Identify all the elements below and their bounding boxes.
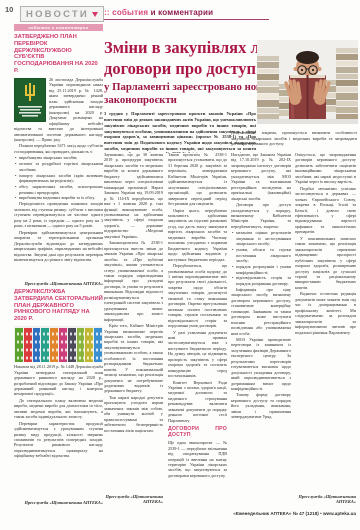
text-segment-pfirst: Нагадаємо, що Законом України від 17.10.… xyxy=(231,152,291,201)
text-segment-p: Типову форму договору керованого доступу… xyxy=(231,392,291,419)
text-segment-pfirst: Очікується, що запровадження договорів к… xyxy=(295,152,356,185)
text-segment-p: Тож наразі народні депутати пропонують у… xyxy=(104,395,163,433)
sidebar-article-inspections: ЗАТВЕРДЖЕНО ПЛАН ПЕРЕВІРОК ДЕРЖЛІКСЛУЖБО… xyxy=(14,33,103,286)
text-segment-p: Законопроєктом № 2538-1 пропонується вне… xyxy=(104,240,163,322)
text-segment-bullet: відповідальність сторін та порядок розір… xyxy=(231,275,291,286)
text-segment-bullet: механізм оцінки результатів лікування із… xyxy=(231,230,291,246)
text-segment-subhead: ДОГОВОРИ ПРО ДОСТУП xyxy=(168,426,227,438)
colorful-binders-image xyxy=(14,326,103,362)
binder-spine xyxy=(33,328,41,362)
text-segment-pfirst: Наказом від 28.11.2019 р. № 1448 Держлік… xyxy=(14,364,103,397)
article-column-3: Нагадаємо, що Законом України від 17.10.… xyxy=(231,152,291,504)
text-segment-pfirst: Ще один законопроєкт — № 2539-1 — передб… xyxy=(168,440,227,478)
sidebar-article-1-body: 26 листопада Держлікслужба України оприл… xyxy=(14,77,103,280)
text-segment-p: Планом передбачено 5471 захід щодо суб'є… xyxy=(14,143,103,154)
text-segment-p: Водночас остаточна редакція документів м… xyxy=(295,291,356,335)
binder-spine xyxy=(50,328,58,362)
binder-spine xyxy=(94,328,102,362)
text-segment-bullet: виробництва медичних виробів та їх обігу… xyxy=(14,195,103,200)
sidebar-article-2-body: Наказом від 28.11.2019 р. № 1448 Держлік… xyxy=(14,364,103,499)
masthead-title: НОВОСТИ xyxy=(26,9,89,20)
text-segment-bullet: умови, обсяги та строки постачання лікар… xyxy=(231,247,291,263)
article-column-4: Очікується, що запровадження договорів к… xyxy=(295,152,356,504)
under-photo-paragraph: Документами, зокрема, пропонується визна… xyxy=(231,130,357,153)
column-1-text: Зауважимо, що до 30 жовтня 2019 р. проце… xyxy=(104,152,163,493)
text-segment-pfirst: Також проєктом № 2538-1 пропонується уст… xyxy=(168,152,227,207)
column-3-text: Нагадаємо, що Законом України від 17.10.… xyxy=(231,152,291,504)
sidebar-article-market-surveillance: ДЕРЖЛІКСЛУЖБА ЗАТВЕРДИЛА СЕКТОРАЛЬНИЙ ПЛ… xyxy=(14,288,103,505)
text-segment-p: У пояснювальних записках також зазначено… xyxy=(295,236,356,291)
text-segment-p: Договори про доступ укладатимуться у пор… xyxy=(231,202,291,229)
text-segment-bullet: імпорту лікарських засобів (крім активни… xyxy=(14,173,103,184)
text-segment-bullet: оптової та роздрібної торгівлі лікарськи… xyxy=(14,161,103,172)
sidebar-article-1-headline: ЗАТВЕРДЖЕНО ПЛАН ПЕРЕВІРОК ДЕРЖЛІКСЛУЖБО… xyxy=(14,34,103,75)
triangle-down-icon xyxy=(92,12,98,17)
text-segment-p: Передбачається, що уповноважена особа що… xyxy=(168,263,227,328)
text-segment-p: Періодичність проведення планових заході… xyxy=(14,201,103,228)
text-segment-p: Перевірки характеристик продукції здійсн… xyxy=(14,421,103,459)
page-footer: «Еженедельник АПТЕКА» № 47 (1218) • www.… xyxy=(170,511,356,516)
section-word-highlight: события xyxy=(112,8,148,17)
article-column-2: Також проєктом № 2538-1 пропонується уст… xyxy=(168,152,227,504)
column-2-text: Також проєктом № 2538-1 пропонується уст… xyxy=(168,152,227,504)
sidebar-column: события и комментарии ЗАТВЕРДЖЕНО ПЛАН П… xyxy=(14,24,103,507)
text-segment-p: Перевірки здійснюватимуться центральним … xyxy=(14,230,103,263)
text-segment-p: У разі ухвалення документа нові правила … xyxy=(168,330,227,379)
column-4-byline: Пресслужба «Щотижневика АПТЕКА» xyxy=(295,494,356,504)
sidebar-article-1-byline: Пресслужба «Щотижневика АПТЕКА» xyxy=(14,281,103,286)
article-column-1: Зауважимо, що до 30 жовтня 2019 р. проце… xyxy=(104,152,163,504)
section-marker: :: xyxy=(104,8,110,17)
text-segment-pfirst: Зауважимо, що до 30 жовтня 2019 р. проце… xyxy=(104,152,163,239)
binder-spine xyxy=(59,328,67,362)
binder-spine xyxy=(41,328,49,362)
text-segment-bullet: обігу наркотичних засобів, психотропних … xyxy=(14,184,103,195)
page-number: 10 xyxy=(5,5,13,14)
text-segment-p: Комітет Верховної Ради України з питань … xyxy=(168,380,227,424)
text-segment-p: МОЗ України проводитиме переговори із за… xyxy=(231,337,291,392)
sidebar-section-strip: события и комментарии xyxy=(14,24,103,31)
section-header: :: события и комментарии xyxy=(104,8,269,20)
text-segment-p: Окрім цього, передбачено можливість здій… xyxy=(168,208,227,263)
text-segment-p: Подібні механізми успішно застосовуються… xyxy=(295,186,356,235)
binder-spine xyxy=(15,328,23,362)
text-segment-bullet: порядок розрахунків і умови конфіденційн… xyxy=(231,264,291,275)
binder-spine xyxy=(68,328,76,362)
column-4-text: Очікується, що запровадження договорів к… xyxy=(295,152,356,493)
binder-spine xyxy=(77,328,85,362)
sidebar-article-2-headline: ДЕРЖЛІКСЛУЖБА ЗАТВЕРДИЛА СЕКТОРАЛЬНИЙ ПЛ… xyxy=(14,289,103,323)
text-segment-bullet: виробництва лікарських засобів; xyxy=(14,155,103,160)
column-1-byline: Пресслужба «Щотижневика АПТЕКА» xyxy=(104,494,163,504)
reader-behind-book-photo xyxy=(257,40,358,124)
derzhliksluzhba-logo xyxy=(14,78,46,122)
section-word-rest: и комментарии xyxy=(151,8,214,17)
text-segment-p: До секторального плану включено медичні … xyxy=(14,398,103,420)
text-segment-p: Крім того, Кабінет Міністрів України виз… xyxy=(104,323,163,394)
sidebar-article-2-byline: Пресслужба «Щотижневика АПТЕКА» xyxy=(14,500,103,505)
text-segment-p: Інформація про ціну лікарського засобу, … xyxy=(231,287,291,336)
masthead: НОВОСТИ xyxy=(20,6,104,22)
newspaper-page: 10 НОВОСТИ события и комментарии ЗАТВЕРД… xyxy=(0,0,360,530)
binder-spine xyxy=(85,328,93,362)
binder-spine xyxy=(24,328,32,362)
